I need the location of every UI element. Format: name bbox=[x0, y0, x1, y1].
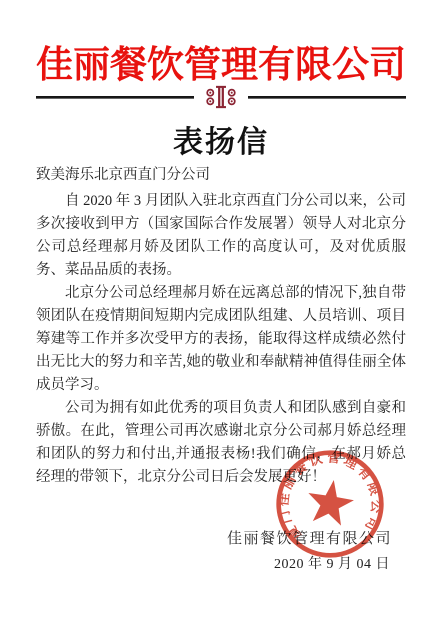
page-title: 表扬信 bbox=[0, 117, 442, 161]
letter-body: 致美海乐北京西直门分公司 自 2020 年 3 月团队入驻北京西直门分公司以来，… bbox=[36, 164, 406, 489]
letter-page: 佳丽餐饮管理有限公司 bbox=[0, 0, 442, 626]
divider-rule-right bbox=[248, 96, 406, 99]
body-paragraph: 自 2020 年 3 月团队入驻北京西直门分公司以来，公司多次接收到甲方（国家国… bbox=[36, 190, 406, 282]
body-paragraph: 北京分公司总经理郝月娇在远离总部的情况下,独自带领团队在疫情期间短期内完成团队组… bbox=[36, 282, 406, 397]
star-icon bbox=[304, 476, 356, 527]
company-seal-stamp: 厦门佳丽餐饮管理有限公司 bbox=[266, 440, 394, 568]
salutation-line: 致美海乐北京西直门分公司 bbox=[36, 164, 406, 187]
divider-rule-left bbox=[36, 96, 194, 99]
ornament-icon bbox=[203, 85, 239, 109]
header-divider bbox=[36, 86, 406, 108]
header-company-name: 佳丽餐饮管理有限公司 bbox=[0, 34, 442, 88]
